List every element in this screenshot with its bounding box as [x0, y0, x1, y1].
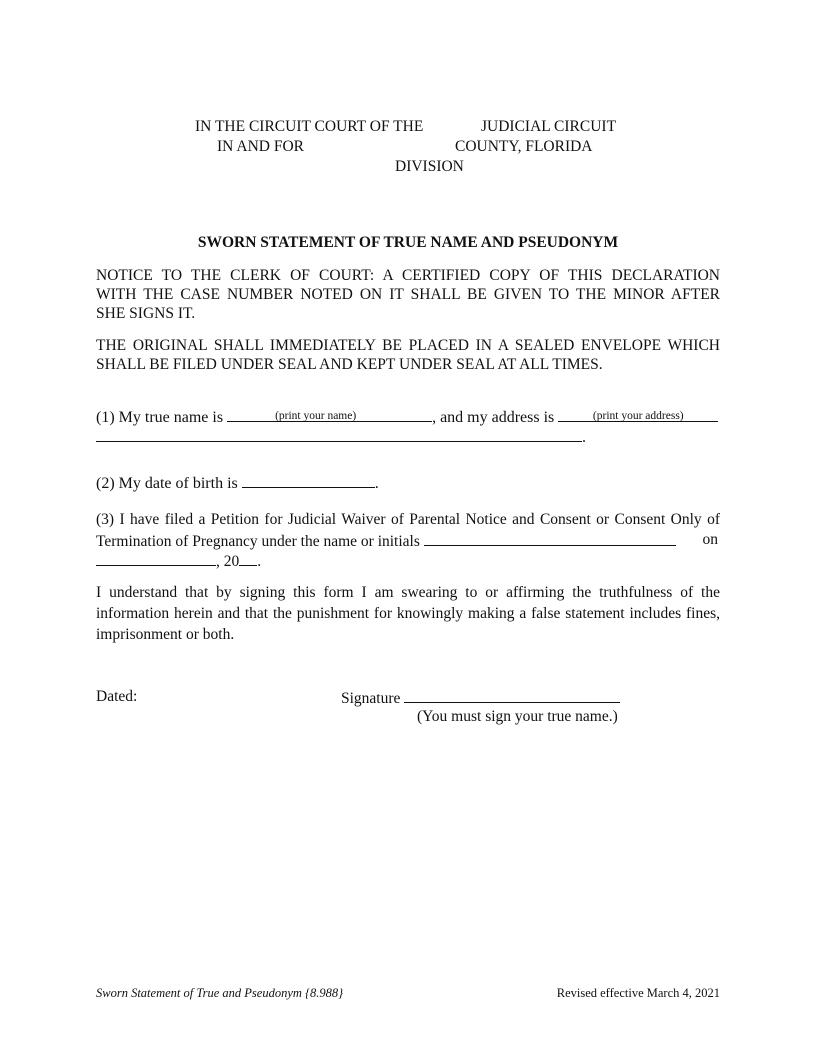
filing-year-field[interactable]	[239, 551, 257, 566]
signature-note: (You must sign your true name.)	[417, 708, 618, 726]
notice-line-3: SHE SIGNS IT.	[96, 305, 195, 323]
caption-in-and-for-label: IN AND FOR	[217, 138, 304, 156]
dated-label: Dated:	[96, 688, 137, 706]
filing-date-field[interactable]	[96, 551, 216, 566]
item3-line-3: , 20.	[96, 551, 261, 571]
notice-line-2: WITH THE CASE NUMBER NOTED ON IT SHALL B…	[96, 286, 720, 304]
original-line-2: SHALL BE FILED UNDER SEAL AND KEPT UNDER…	[96, 356, 603, 374]
affirm-line-3: imprisonment or both.	[96, 626, 234, 644]
true-name-hint: (print your name)	[227, 410, 432, 422]
affirm-line-1: I understand that by signing this form I…	[96, 584, 720, 602]
footer-revision-date: Revised effective March 4, 2021	[557, 985, 720, 1001]
caption-court-label: IN THE CIRCUIT COURT OF THE	[195, 118, 423, 136]
caption-circuit-label: JUDICIAL CIRCUIT	[481, 118, 616, 136]
original-line-1: THE ORIGINAL SHALL IMMEDIATELY BE PLACED…	[96, 337, 720, 355]
address-hint: (print your address)	[558, 410, 718, 422]
item1-line-2: .	[96, 427, 586, 448]
footer-form-name: Sworn Statement of True and Pseudonym {8…	[96, 985, 343, 1001]
notice-line-1: NOTICE TO THE CLERK OF COURT: A CERTIFIE…	[96, 267, 720, 285]
true-name-field[interactable]: (print your name)	[227, 407, 432, 422]
item2-line: (2) My date of birth is .	[96, 473, 379, 494]
affirm-line-2: information herein and that the punishme…	[96, 605, 720, 623]
name-or-initials-field[interactable]	[424, 531, 676, 546]
address-field-continued[interactable]	[96, 427, 582, 442]
signature-field[interactable]	[404, 688, 620, 703]
caption-division-label: DIVISION	[395, 158, 464, 176]
item1-line-1: (1) My true name is (print your name), a…	[96, 407, 718, 428]
signature-label: Signature	[341, 690, 400, 707]
item3-line2-prefix: Termination of Pregnancy under the name …	[96, 533, 420, 550]
item3-end: .	[257, 553, 261, 570]
item1-prefix: (1) My true name is	[96, 409, 223, 426]
document-title: SWORN STATEMENT OF TRUE NAME AND PSEUDON…	[0, 234, 816, 252]
item3-line-2: Termination of Pregnancy under the name …	[96, 531, 720, 551]
date-of-birth-field[interactable]	[242, 473, 375, 488]
item2-prefix: (2) My date of birth is	[96, 475, 238, 492]
item3-line-1: (3) I have filed a Petition for Judicial…	[96, 511, 720, 529]
item1-middle: , and my address is	[432, 409, 554, 426]
address-field[interactable]: (print your address)	[558, 407, 718, 422]
item3-on-label: on	[703, 531, 719, 549]
caption-county-label: COUNTY, FLORIDA	[455, 138, 593, 156]
signature-line: Signature	[341, 688, 620, 708]
item3-year-prefix: , 20	[216, 553, 239, 570]
item2-end: .	[375, 475, 379, 492]
item1-end: .	[582, 429, 586, 446]
